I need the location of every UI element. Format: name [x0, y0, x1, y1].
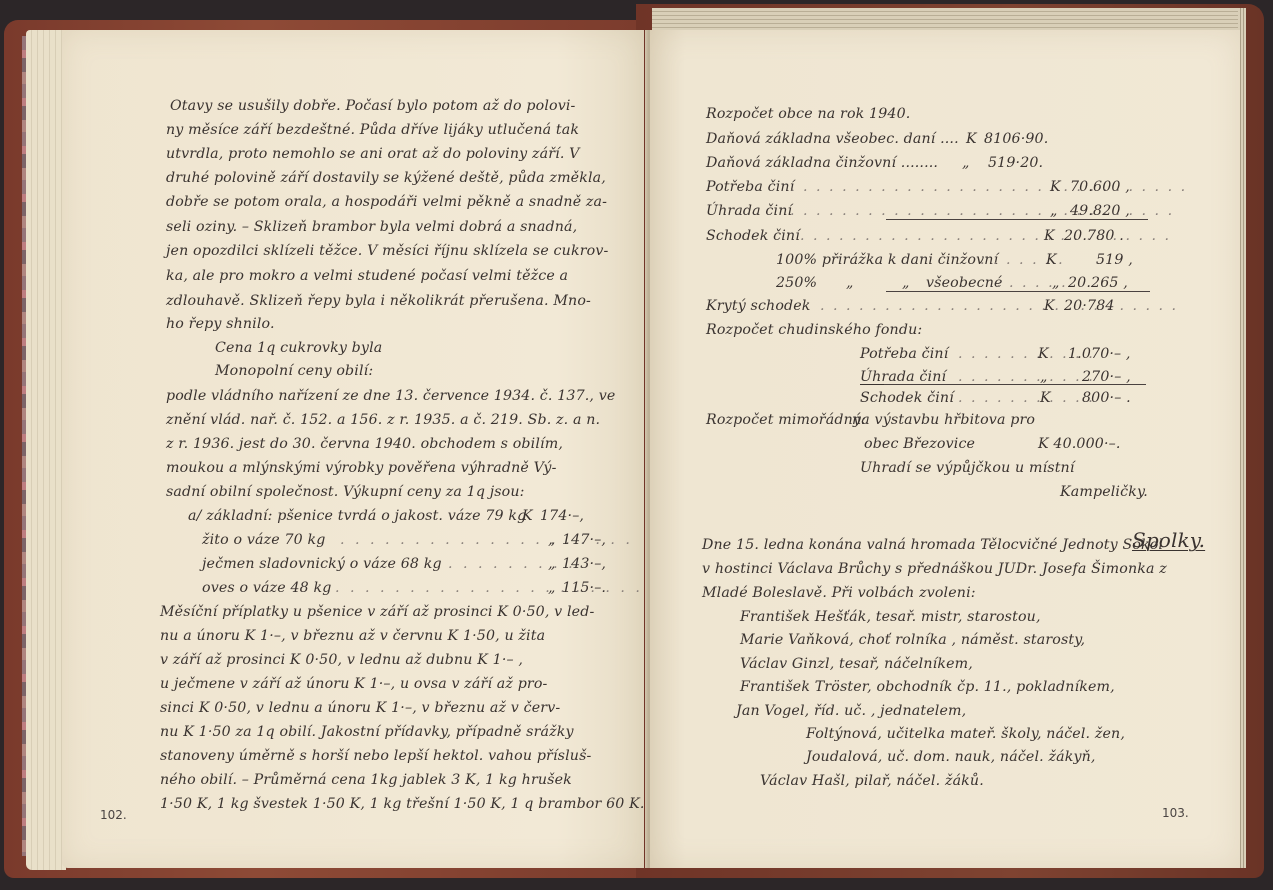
cover-value: 49.820 ,: [1070, 203, 1130, 219]
ditto-mark: „: [902, 275, 910, 291]
surcharge-250-currency: „: [1052, 275, 1060, 291]
elected-member: Jan Vogel, říd. uč. , jednatelem,: [736, 703, 966, 719]
extra-budget-note: Uhradí se výpůjčkou u místní: [860, 460, 1075, 476]
need-value: 70.600 ,: [1070, 179, 1130, 195]
elected-member: František Tröster, obchodník čp. 11., po…: [740, 679, 1115, 695]
sum-rule: [884, 384, 1146, 385]
elected-member: Joudalová, uč. dom. nauk, náčel. žákyň,: [806, 749, 1096, 765]
need-currency: K: [1050, 179, 1061, 195]
elected-member: Václav Hašl, pilař, náčel. žáků.: [760, 773, 984, 789]
poor-need-value: 1.070·– ,: [1068, 346, 1131, 362]
grain-item: žito o váze 70 kg: [202, 532, 325, 548]
grain-currency: „: [548, 556, 556, 572]
grain-price: 115·–.: [562, 580, 606, 596]
text-line: nu a únoru K 1·–, v březnu až v červnu K…: [160, 628, 545, 644]
text-line: znění vlád. nař. č. 152. a 156. z r. 193…: [166, 412, 600, 428]
sugar-beet-price-line: Cena 1q cukrovky byla: [215, 340, 382, 356]
elected-member: Václav Ginzl, tesař, náčelníkem,: [740, 656, 973, 672]
dot-leader: . . . . . . . . . . .: [958, 390, 1095, 406]
tax-base-rent-currency: „: [962, 155, 970, 171]
poor-need-currency: K: [1038, 346, 1049, 362]
sum-rule: [886, 219, 1148, 220]
open-book-scan: Otavy se usušily dobře. Počasí bylo poto…: [0, 0, 1273, 890]
poor-cover-currency: „: [1040, 369, 1048, 385]
deficit-value: 20.780 .: [1064, 228, 1124, 244]
text-line: seli oziny. – Sklizeň brambor byla velmi…: [166, 219, 577, 235]
text-line: Mladé Boleslavě. Při volbách zvoleni:: [702, 585, 976, 601]
grain-price: 174·–,: [540, 508, 584, 524]
surcharge-250-pct: 250%: [776, 275, 817, 291]
elected-member: Foltýnová, učitelka mateř. školy, náčel.…: [806, 726, 1125, 742]
monopoly-heading: Monopolní ceny obilí:: [215, 363, 373, 379]
surcharge-100-currency: K: [1046, 252, 1057, 268]
covered-deficit-value: 20·784: [1064, 298, 1115, 314]
text-line: druhé polovině září dostavily se kýžené …: [166, 170, 606, 186]
deficit-label: Schodek činí: [706, 228, 800, 244]
need-label: Potřeba činí: [706, 179, 794, 195]
text-line: 1·50 K, 1 kg švestek 1·50 K, 1 kg třešní…: [160, 796, 645, 812]
cover-label: Úhrada činí: [706, 203, 792, 219]
page-stack-left: [26, 30, 66, 870]
extra-budget-place: obec Březovice: [864, 436, 975, 452]
sum-rule: [886, 291, 1150, 292]
text-line: Měsíční příplatky u pšenice v září až pr…: [160, 604, 594, 620]
dot-leader: . . . . . . . . . . . . . . . . . . . . …: [820, 298, 1178, 314]
text-line: v hostinci Václava Brůchy s přednáškou J…: [702, 561, 1167, 577]
extra-budget-text: na výstavbu hřbitova pro: [852, 412, 1035, 428]
grain-item: ječmen sladovnický o váze 68 kg: [202, 556, 442, 572]
text-line: v září až prosinci K 0·50, v lednu až du…: [160, 652, 523, 668]
tax-base-rent-label: Daňová základna činžovní ........: [706, 155, 938, 171]
section-margin-title: Spolky.: [1132, 528, 1205, 552]
dot-leader: . . . . . . . . . . .: [958, 369, 1095, 385]
page-number-right: 103.: [1162, 806, 1189, 820]
text-line: sadní obilní společnost. Výkupní ceny za…: [166, 484, 525, 500]
text-line: ka, ale pro mokro a velmi studené počasí…: [166, 268, 568, 284]
tax-base-general-label: Daňová základna všeobec. daní ....: [706, 131, 959, 147]
dot-leader: . . . . . . . . .: [448, 556, 576, 572]
text-line: u ječmene v září až únoru K 1·–, u ovsa …: [160, 676, 548, 692]
grain-currency: K: [522, 508, 533, 524]
text-line: stanoveny úměrně s horší nebo lepší hekt…: [160, 748, 591, 764]
page-number-left: 102.: [100, 808, 127, 822]
surcharge-100-value: 519 ,: [1096, 252, 1133, 268]
grain-item: oves o váze 48 kg: [202, 580, 331, 596]
text-line: ho řepy shnilo.: [166, 316, 275, 332]
text-line: moukou a mlýnskými výrobky pověřena výhr…: [166, 460, 557, 476]
poor-deficit-label: Schodek činí: [860, 390, 954, 406]
text-line: podle vládního nařízení ze dne 13. červe…: [166, 388, 615, 404]
text-line: ného obilí. – Průměrná cena 1kg jablek 3…: [160, 772, 572, 788]
poor-deficit-currency: K: [1040, 390, 1051, 406]
text-line: z r. 1936. jest do 30. června 1940. obch…: [166, 436, 563, 452]
grain-item: a/ základní: pšenice tvrdá o jakost. váz…: [188, 508, 526, 524]
extra-budget-note2: Kampeličky.: [1060, 484, 1148, 500]
text-line: ny měsíce září bezdeštné. Půda dříve lij…: [166, 122, 579, 138]
surcharge-250-value: 20.265 ,: [1068, 275, 1128, 291]
covered-deficit-label: Krytý schodek: [706, 298, 811, 314]
poor-deficit-value: 800·– .: [1082, 390, 1131, 406]
text-line: utvrdla, proto nemohlo se ani orat až do…: [166, 146, 580, 162]
extra-budget-label: Rozpočet mimořádný:: [706, 412, 866, 428]
budget-title: Rozpočet obce na rok 1940.: [706, 106, 910, 122]
text-line: sinci K 0·50, v lednu a únoru K 1·–, v b…: [160, 700, 560, 716]
extra-budget-value: K 40.000·–.: [1038, 436, 1121, 452]
poor-cover-label: Úhrada činí: [860, 369, 946, 385]
text-line: Dne 15. ledna konána valná hromada Těloc…: [702, 537, 1163, 553]
covered-deficit-currency: K: [1044, 298, 1055, 314]
poor-cover-value: 270·– ,: [1082, 369, 1131, 385]
text-line: Otavy se usušily dobře. Počasí bylo poto…: [170, 98, 576, 114]
grain-currency: „: [548, 532, 556, 548]
text-line: nu K 1·50 za 1q obilí. Jakostní přídavky…: [160, 724, 574, 740]
surcharge-100-label: 100% přirážka k dani činžovní: [776, 252, 998, 268]
elected-member: Marie Vaňková, choť rolníka , náměst. st…: [740, 632, 1085, 648]
poor-need-label: Potřeba činí: [860, 346, 948, 362]
page-stack-top: [652, 8, 1242, 30]
surcharge-250-kind: všeobecné: [926, 275, 1003, 291]
poor-fund-title: Rozpočet chudinského fondu:: [706, 322, 922, 338]
ditto-mark: „: [846, 275, 854, 291]
grain-price: 147·–,: [562, 532, 606, 548]
tax-base-general-value: 8106·90.: [984, 131, 1048, 147]
text-line: dobře se potom orala, a hospodáři velmi …: [166, 194, 607, 210]
elected-member: František Hešťák, tesař. mistr, starosto…: [740, 609, 1041, 625]
grain-currency: „: [548, 580, 556, 596]
tax-base-rent-value: 519·20.: [988, 155, 1043, 171]
text-line: zdlouhavě. Sklizeň řepy byla i několikrá…: [166, 293, 591, 309]
text-line: jen opozdilci sklízeli těžce. V měsíci ř…: [166, 243, 608, 259]
deficit-currency: K: [1044, 228, 1055, 244]
tax-base-general-currency: K: [966, 131, 977, 147]
grain-price: 143·–,: [562, 556, 606, 572]
cover-currency: „: [1050, 203, 1058, 219]
